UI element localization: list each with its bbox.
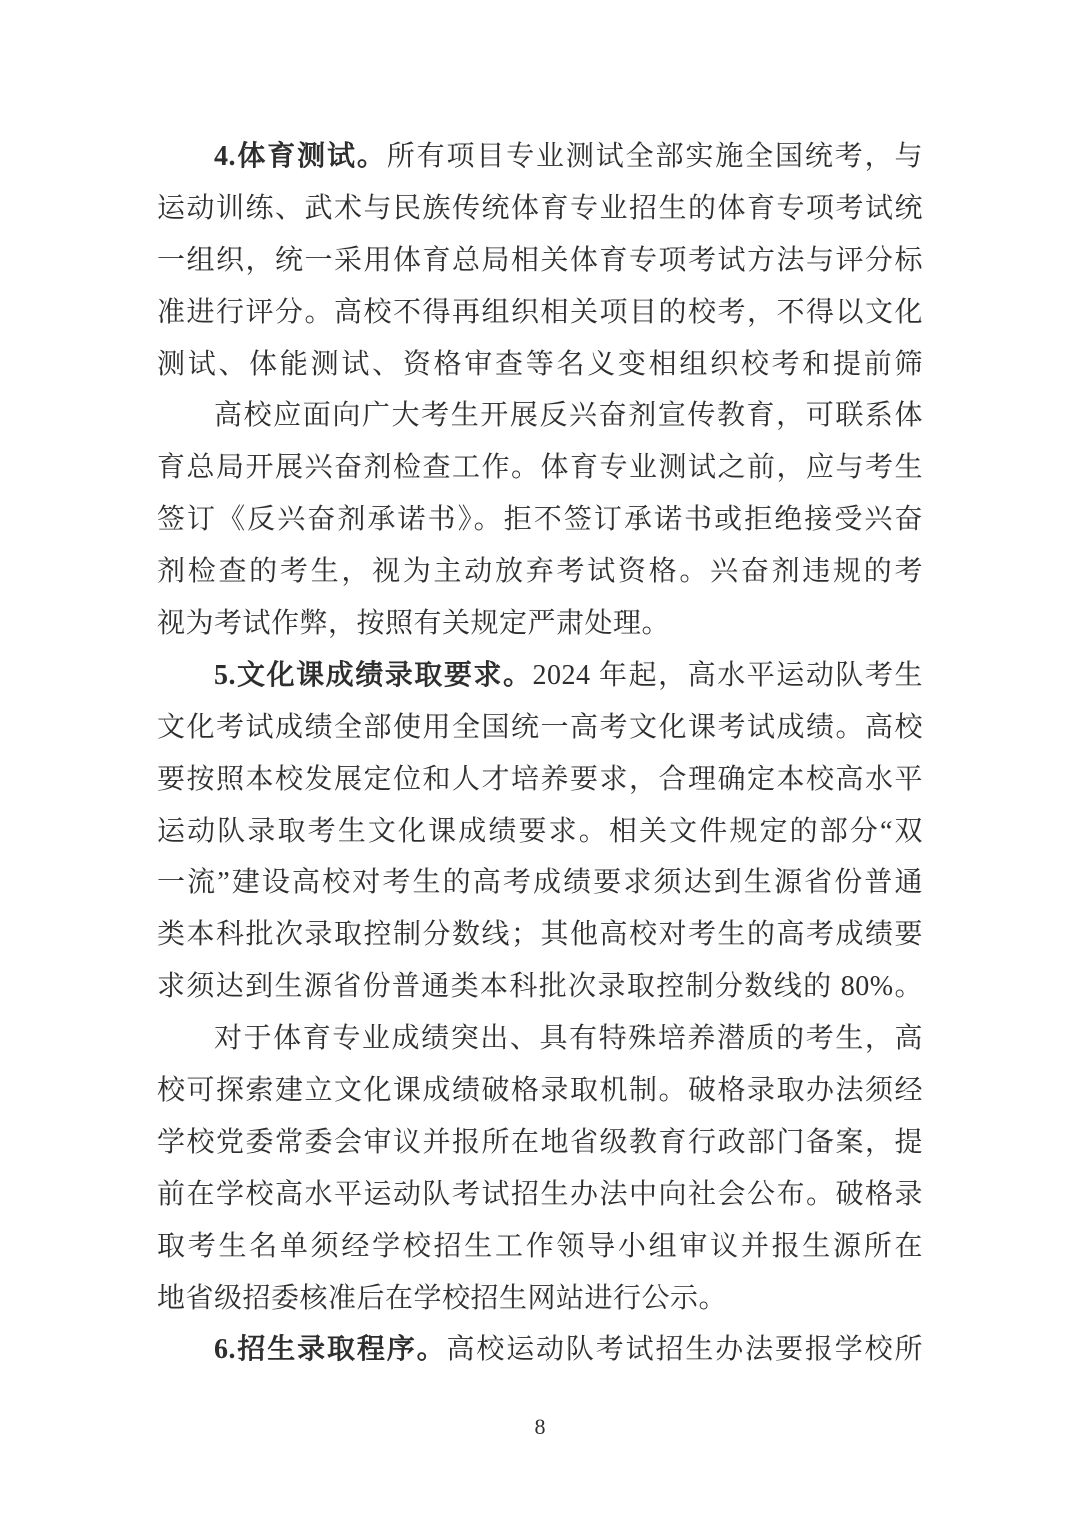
section-5-heading: 5.文化课成绩录取要求。	[214, 660, 533, 691]
paragraph-line: 对于体育专业成绩突出、具有特殊培养潜质的考生，高	[157, 1013, 923, 1065]
paragraph-line: 求须达到生源省份普通类本科批次录取控制分数线的 80%。	[157, 961, 923, 1013]
paragraph-line: 准进行评分。高校不得再组织相关项目的校考，不得以文化	[157, 287, 923, 339]
document-body: 4.体育测试。所有项目专业测试全部实施全国统考，与 运动训练、武术与民族传统体育…	[157, 131, 923, 1376]
paragraph-line: 要按照本校发展定位和人才培养要求，合理确定本校高水平	[157, 754, 923, 806]
paragraph-line: 取考生名单须经学校招生工作领导小组审议并报生源所在	[157, 1221, 923, 1273]
section-4-heading: 4.体育测试。	[214, 141, 387, 172]
paragraph-line: 视为考试作弊，按照有关规定严肃处理。	[157, 598, 923, 650]
paragraph-line: 5.文化课成绩录取要求。2024 年起，高水平运动队考生	[157, 650, 923, 702]
paragraph-line: 前在学校高水平运动队考试招生办法中向社会公布。破格录	[157, 1169, 923, 1221]
line-text: 高校运动队考试招生办法要报学校所	[446, 1334, 923, 1365]
line-text: 所有项目专业测试全部实施全国统考，与	[387, 141, 923, 172]
paragraph-line: 高校应面向广大考生开展反兴奋剂宣传教育，可联系体	[157, 390, 923, 442]
paragraph-line: 育总局开展兴奋剂检查工作。体育专业测试之前，应与考生	[157, 442, 923, 494]
paragraph-line: 校可探索建立文化课成绩破格录取机制。破格录取办法须经	[157, 1065, 923, 1117]
paragraph-line: 运动队录取考生文化课成绩要求。相关文件规定的部分“双	[157, 806, 923, 858]
page-number: 8	[0, 1412, 1080, 1442]
paragraph-line: 测试、体能测试、资格审查等名义变相组织校考和提前筛选。	[157, 339, 923, 391]
paragraph-line: 类本科批次录取控制分数线；其他高校对考生的高考成绩要	[157, 909, 923, 961]
paragraph-line: 地省级招委核准后在学校招生网站进行公示。	[157, 1273, 923, 1325]
line-text: 2024 年起，高水平运动队考生	[533, 660, 924, 691]
paragraph-line: 4.体育测试。所有项目专业测试全部实施全国统考，与	[157, 131, 923, 183]
paragraph-line: 签订《反兴奋剂承诺书》。拒不签订承诺书或拒绝接受兴奋	[157, 494, 923, 546]
paragraph-line: 运动训练、武术与民族传统体育专业招生的体育专项考试统	[157, 183, 923, 235]
section-6-heading: 6.招生录取程序。	[214, 1334, 446, 1365]
paragraph-line: 学校党委常委会审议并报所在地省级教育行政部门备案，提	[157, 1117, 923, 1169]
document-page: 4.体育测试。所有项目专业测试全部实施全国统考，与 运动训练、武术与民族传统体育…	[0, 0, 1080, 1527]
paragraph-line: 6.招生录取程序。高校运动队考试招生办法要报学校所	[157, 1324, 923, 1376]
paragraph-line: 剂检查的考生，视为主动放弃考试资格。兴奋剂违规的考生，	[157, 546, 923, 598]
paragraph-line: 一组织，统一采用体育总局相关体育专项考试方法与评分标	[157, 235, 923, 287]
paragraph-line: 一流”建设高校对考生的高考成绩要求须达到生源省份普通	[157, 857, 923, 909]
paragraph-line: 文化考试成绩全部使用全国统一高考文化课考试成绩。高校	[157, 702, 923, 754]
